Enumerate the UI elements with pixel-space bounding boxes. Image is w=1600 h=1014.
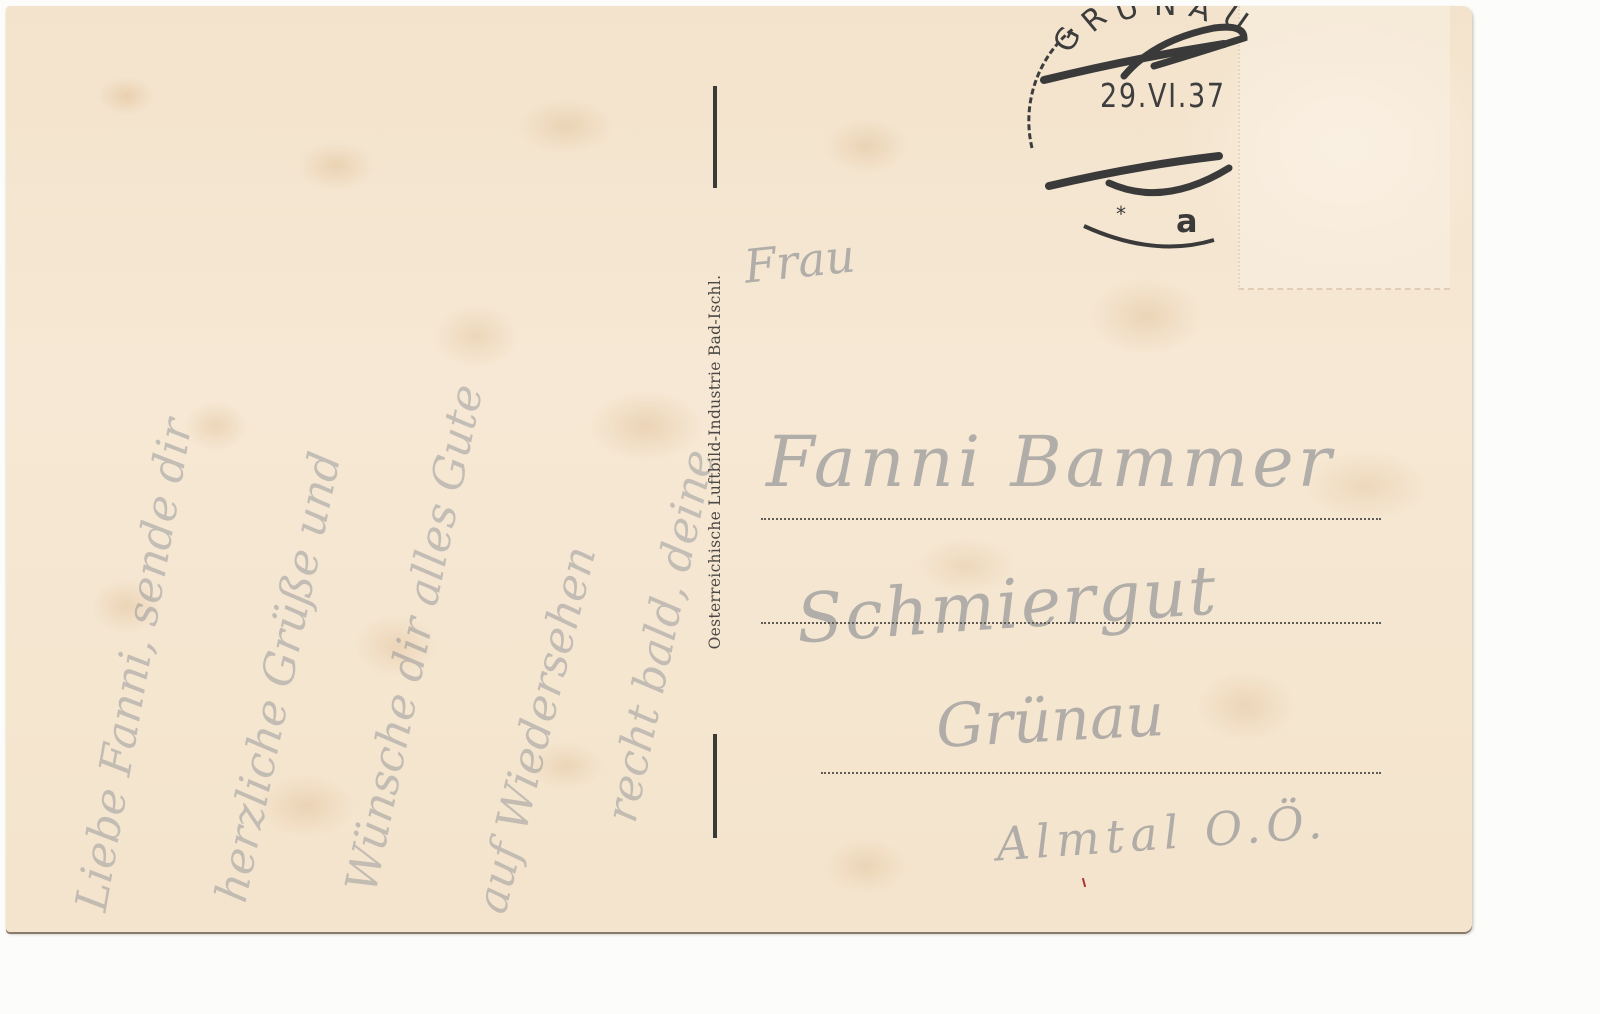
message-line: Liebe Fanni, sende dir — [66, 415, 203, 915]
postmark-star: * — [1116, 202, 1126, 226]
address-street: Schmiergut — [794, 551, 1221, 659]
message-line: auf Wiedersehen — [466, 541, 606, 918]
publisher-imprint: Oesterreichische Luftbild-Industrie Bad-… — [706, 275, 724, 650]
postmark-town-letter: N — [1154, 6, 1176, 23]
address-town: Grünau — [934, 680, 1166, 762]
address-line-1 — [761, 518, 1381, 520]
address-line-3 — [821, 772, 1381, 774]
postmark-letter: a — [1176, 202, 1198, 240]
ink-speck — [1082, 878, 1086, 887]
stamp-removed-area — [1238, 6, 1450, 290]
divider-line-top — [713, 86, 717, 188]
address-region: Almtal O.Ö. — [995, 794, 1330, 871]
message-line: Wünsche dir alles Gute — [336, 380, 493, 896]
address-salutation: Frau — [741, 228, 857, 293]
postcard: Liebe Fanni, sende dir herzliche Grüße u… — [6, 6, 1472, 932]
scan-background: Liebe Fanni, sende dir herzliche Grüße u… — [0, 0, 1600, 1014]
postmark-date: 29.VI.37 — [1100, 76, 1226, 115]
divider-line-bottom — [713, 734, 717, 838]
address-name: Fanni Bammer — [766, 421, 1335, 503]
address-line-2 — [761, 622, 1381, 624]
message-line: herzliche Grüße und — [206, 447, 351, 906]
